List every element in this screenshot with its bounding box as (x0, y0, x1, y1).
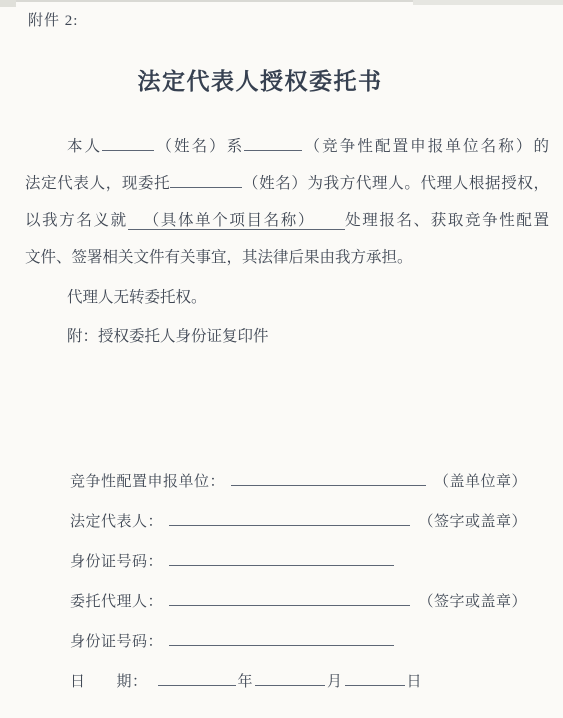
day-unit-label: 日 (407, 670, 423, 691)
signature-suffix: （签字或盖章） (418, 590, 527, 611)
signature-label: 身份证号码： (70, 630, 163, 651)
signature-suffix: （签字或盖章） (418, 510, 527, 531)
signature-fill-line (231, 473, 426, 486)
text-handle-matters: 处理报名、获取竞争性配置 (345, 212, 549, 229)
scanned-document-page: 附件 2: 法定代表人授权委托书 本人（姓名）系（竞争性配置申报单位名称）的 法… (0, 0, 563, 718)
attachment-label: 附件 2: (28, 9, 78, 30)
blank-principal-name (102, 137, 154, 151)
date-label: 日 期： (70, 670, 148, 691)
date-day-fill-line (345, 673, 405, 686)
year-unit-label: 年 (238, 670, 254, 691)
body-paragraph: 本人（姓名）系（竞争性配置申报单位名称）的 法定代表人，现委托（姓名）为我方代理… (25, 128, 549, 276)
text-org-hint: （竞争性配置申报单位名称）的 (302, 138, 549, 155)
scan-artifact-corner (0, 0, 16, 7)
signature-fill-line (169, 633, 394, 646)
signature-row-applicant-unit: 竞争性配置申报单位： （盖单位章） (25, 458, 527, 498)
signature-row-entrusted-agent: 委托代理人： （签字或盖章） (25, 578, 527, 618)
signature-label: 竞争性配置申报单位： (70, 470, 225, 491)
signature-row-id-number-1: 身份证号码： (25, 538, 527, 578)
text-principal: 本人 (67, 138, 102, 155)
signature-label: 委托代理人： (70, 590, 163, 611)
paragraph-line-3: 以我方名义就（具体单个项目名称）处理报名、获取竞争性配置 (25, 202, 549, 239)
signature-label: 身份证号码： (70, 550, 163, 571)
paragraph-line-4: 文件、签署相关文件有关事宜，其法律后果由我方承担。 (25, 239, 549, 276)
attachment-note: 附：授权委托人身份证复印件 (25, 325, 269, 349)
document-title: 法定代表人授权委托书 (0, 63, 520, 96)
date-year-fill-line (158, 673, 236, 686)
paragraph-line-2: 法定代表人，现委托（姓名）为我方代理人。代理人根据授权， (25, 165, 549, 202)
signature-label: 法定代表人： (70, 510, 163, 531)
signature-suffix: （盖单位章） (434, 470, 527, 491)
signature-fill-line (169, 553, 394, 566)
blank-project-name: （具体单个项目名称） (128, 212, 345, 230)
signature-section: 竞争性配置申报单位： （盖单位章） 法定代表人： （签字或盖章） 身份证号码： … (25, 458, 527, 698)
month-unit-label: 月 (327, 670, 343, 691)
scan-artifact-top-right (413, 0, 563, 5)
signature-row-id-number-2: 身份证号码： (25, 618, 527, 658)
signature-fill-line (169, 593, 410, 606)
text-name-hint: （姓名）系 (154, 138, 244, 155)
date-row: 日 期： 年 月 日 (25, 658, 527, 698)
signature-row-legal-representative: 法定代表人： （签字或盖章） (25, 498, 527, 538)
date-month-fill-line (255, 673, 325, 686)
text-agent-hint: （姓名）为我方代理人。代理人根据授权， (242, 175, 549, 192)
paragraph-line-1: 本人（姓名）系（竞争性配置申报单位名称）的 (25, 128, 549, 165)
blank-agent-name (170, 174, 242, 188)
blank-organization-name (244, 137, 302, 151)
text-on-behalf: 以我方名义就 (25, 212, 128, 229)
signature-fill-line (169, 513, 410, 526)
clause-no-subdelegation: 代理人无转委托权。 (25, 286, 207, 310)
text-entrust: 法定代表人，现委托 (25, 175, 170, 192)
